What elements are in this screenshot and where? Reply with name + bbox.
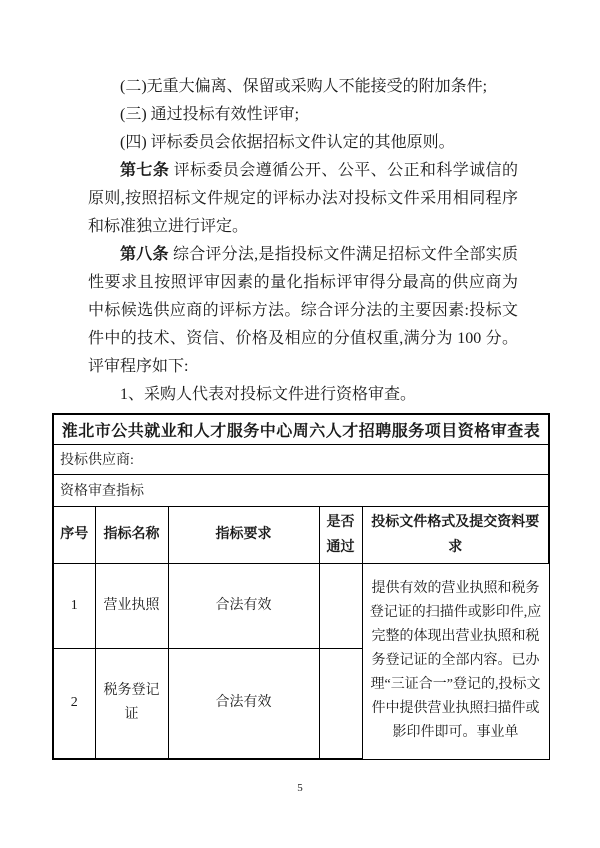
section-row: 资格审查指标 bbox=[53, 474, 549, 506]
article-number: 第八条 bbox=[120, 246, 169, 263]
paragraph-step-1: 1、采购人代表对投标文件进行资格审查。 bbox=[88, 381, 518, 409]
column-header-pass: 是否通过 bbox=[319, 506, 362, 563]
article-number: 第七条 bbox=[120, 162, 169, 179]
column-header-format: 投标文件格式及提交资料要求 bbox=[362, 506, 549, 563]
supplier-label-cell: 投标供应商: bbox=[53, 444, 549, 474]
qualification-review-table: 淮北市公共就业和人才服务中心周六人才招聘服务项目资格审查表 投标供应商: 资格审… bbox=[52, 413, 550, 760]
document-page: (二)无重大偏离、保留或采购人不能接受的附加条件; (三) 通过投标有效性评审;… bbox=[0, 0, 600, 848]
paragraph-text: 1、采购人代表对投标文件进行资格审查。 bbox=[120, 386, 416, 403]
cell-pass bbox=[319, 563, 362, 648]
section-label-cell: 资格审查指标 bbox=[53, 474, 549, 506]
cell-indicator-name: 税务登记证 bbox=[95, 648, 168, 759]
column-header-indicator-name: 指标名称 bbox=[95, 506, 168, 563]
paragraph-text: 综合评分法,是指投标文件满足招标文件全部实质性要求且按照评审因素的量化指标评审得… bbox=[88, 246, 518, 375]
paragraph-item-3: (三) 通过投标有效性评审; bbox=[88, 101, 518, 129]
cell-seq: 2 bbox=[53, 648, 95, 759]
cell-format-requirement: 提供有效的营业执照和税务登记证的扫描件或影印件,应完整的体现出营业执照和税务登记… bbox=[362, 563, 549, 759]
column-header-indicator-requirement: 指标要求 bbox=[168, 506, 319, 563]
cell-indicator-requirement: 合法有效 bbox=[168, 563, 319, 648]
cell-indicator-name: 营业执照 bbox=[95, 563, 168, 648]
paragraph-item-4: (四) 评标委员会依据招标文件认定的其他原则。 bbox=[88, 129, 518, 157]
table-header-row: 序号 指标名称 指标要求 是否通过 投标文件格式及提交资料要求 bbox=[53, 506, 549, 563]
page-number: 5 bbox=[0, 782, 600, 794]
column-header-seq: 序号 bbox=[53, 506, 95, 563]
paragraph-item-2: (二)无重大偏离、保留或采购人不能接受的附加条件; bbox=[88, 73, 518, 101]
cell-indicator-requirement: 合法有效 bbox=[168, 648, 319, 759]
table-title: 淮北市公共就业和人才服务中心周六人才招聘服务项目资格审查表 bbox=[53, 414, 549, 444]
cell-seq: 1 bbox=[53, 563, 95, 648]
paragraph-text: (二)无重大偏离、保留或采购人不能接受的附加条件; bbox=[120, 78, 487, 95]
paragraph-article-8: 第八条 综合评分法,是指投标文件满足招标文件全部实质性要求且按照评审因素的量化指… bbox=[88, 241, 518, 381]
paragraph-text: (四) 评标委员会依据招标文件认定的其他原则。 bbox=[120, 134, 455, 151]
table-title-row: 淮北市公共就业和人才服务中心周六人才招聘服务项目资格审查表 bbox=[53, 414, 549, 444]
table-row: 1 营业执照 合法有效 提供有效的营业执照和税务登记证的扫描件或影印件,应完整的… bbox=[53, 563, 549, 648]
document-body: (二)无重大偏离、保留或采购人不能接受的附加条件; (三) 通过投标有效性评审;… bbox=[88, 73, 518, 409]
paragraph-article-7: 第七条 评标委员会遵循公开、公平、公正和科学诚信的原则,按照招标文件规定的评标办… bbox=[88, 157, 518, 241]
paragraph-text: (三) 通过投标有效性评审; bbox=[120, 106, 299, 123]
supplier-row: 投标供应商: bbox=[53, 444, 549, 474]
cell-pass bbox=[319, 648, 362, 759]
